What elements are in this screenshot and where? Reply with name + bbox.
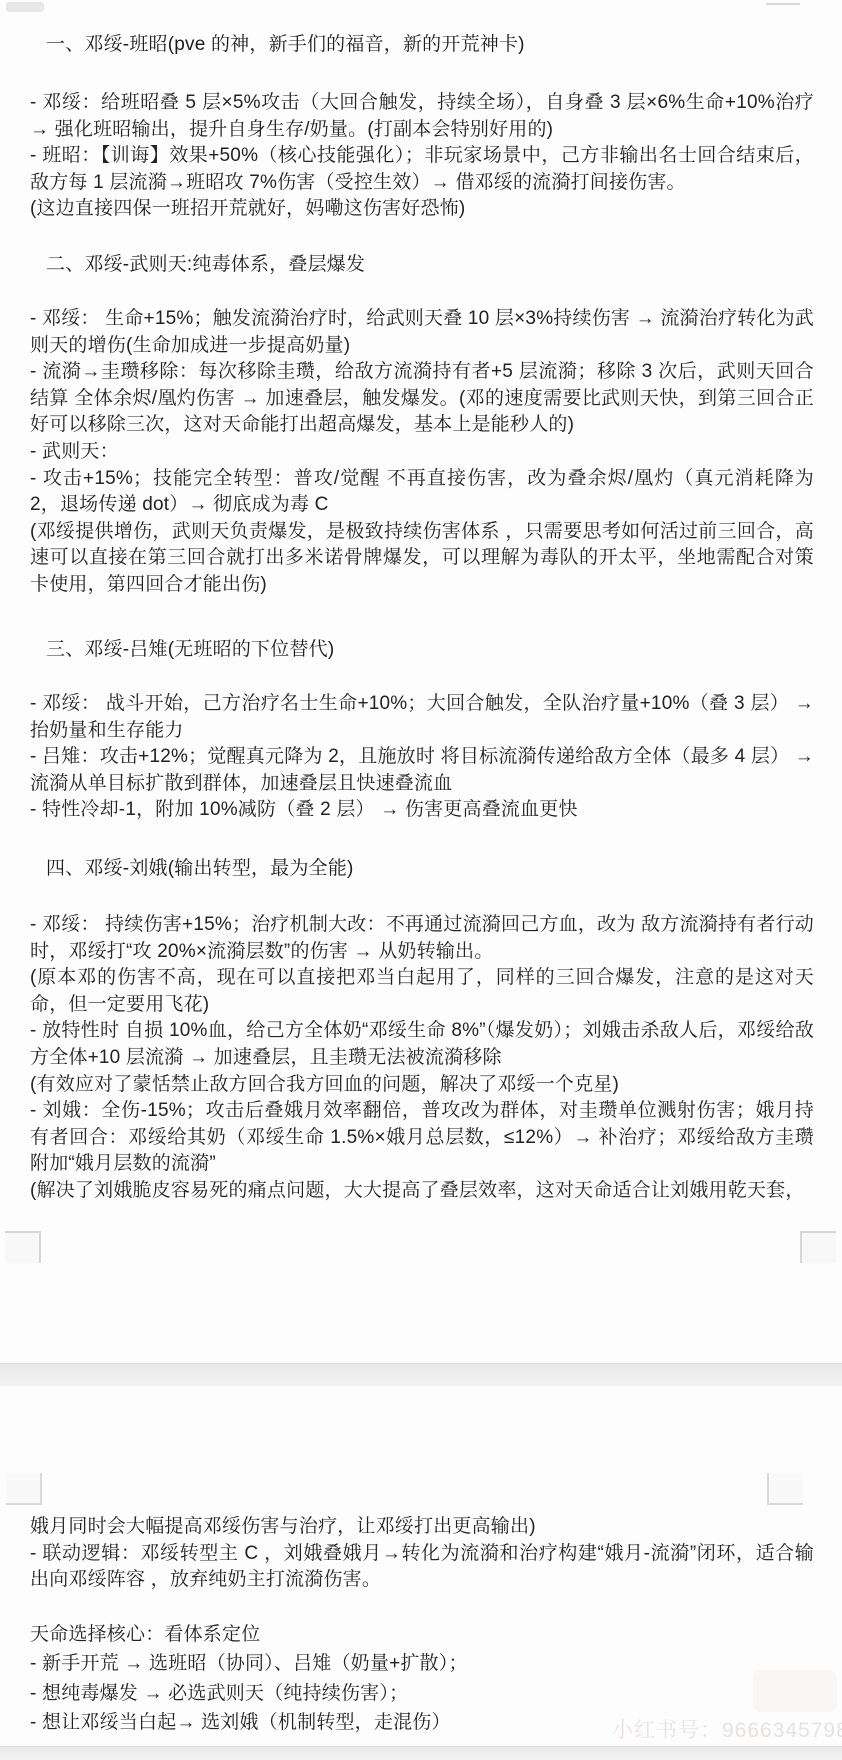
paragraph: - 班昭：【训诲】效果+50%（核心技能强化）；非玩家场景中，己方非输出名士回合… [30, 143, 814, 196]
paragraph: - 流漪→圭瓒移除：每次移除圭瓒，给敌方流漪持有者+5 层流漪；移除 3 次后，… [30, 359, 814, 439]
section-2-title: 二、邓绥-武则天:纯毒体系，叠层爆发 [46, 251, 806, 278]
conclusion-title: 天命选择核心：看体系定位 [30, 1620, 814, 1649]
section-2-paragraphs: - 邓绥： 生命+15%；触发流漪治疗时，给武则天叠 10 层×3%持续伤害 →… [30, 306, 814, 599]
page1-bottom-right-corner-mark [800, 1231, 836, 1263]
page2-paragraphs: 娥月同时会大幅提高邓绥伤害与治疗，让邓绥打出更高输出) - 联动逻辑：邓绥转型主… [30, 1514, 814, 1594]
page-break-band [0, 1363, 842, 1387]
section-1-title: 一、邓绥-班昭(pve 的神，新手们的福音，新的开荒神卡) [46, 31, 806, 58]
watermark-badge [753, 1670, 837, 1712]
paragraph: - 放特性时 自损 10%血，给己方全体奶“邓绥生命 8%”（爆发奶）；刘娥击杀… [30, 1018, 814, 1071]
document-page-1: 一、邓绥-班昭(pve 的神，新手们的福音，新的开荒神卡) - 邓绥：给班昭叠 … [0, 0, 842, 1363]
document-viewer: 一、邓绥-班昭(pve 的神，新手们的福音，新的开荒神卡) - 邓绥：给班昭叠 … [0, 0, 842, 1760]
page-top-left-mark [6, 2, 44, 12]
paragraph: 娥月同时会大幅提高邓绥伤害与治疗，让邓绥打出更高输出) [30, 1514, 814, 1541]
conclusion-item: - 新手开荒 → 选班昭（协同）、吕雉（奶量+扩散）； [30, 1649, 814, 1678]
paragraph: (有效应对了蒙恬禁止敌方回合我方回血的问题，解决了邓绥一个克星) [30, 1072, 814, 1099]
section-4-title: 四、邓绥-刘娥(输出转型，最为全能) [46, 855, 806, 882]
section-1-paragraphs: - 邓绥：给班昭叠 5 层×5%攻击（大回合触发，持续全场），自身叠 3 层×6… [30, 90, 814, 223]
paragraph: - 攻击+15%；技能完全转型：普攻/觉醒 不再直接伤害，改为叠余烬/凰灼（真元… [30, 466, 814, 519]
page2-top-right-corner-mark [767, 1473, 803, 1505]
paragraph: - 武则天： [30, 439, 814, 466]
paragraph: - 邓绥：给班昭叠 5 层×5%攻击（大回合触发，持续全场），自身叠 3 层×6… [30, 90, 814, 143]
page1-bottom-left-corner-mark [5, 1231, 41, 1263]
page-top-right-mark [766, 3, 800, 5]
paragraph: (邓绥提供增伤，武则天负责爆发，是极致持续伤害体系 ，只需要思考如何活过前三回合… [30, 519, 814, 599]
section-3-title: 三、邓绥-吕雉(无班昭的下位替代) [46, 636, 806, 663]
paragraph: (原本邓的伤害不高，现在可以直接把邓当白起用了，同样的三回合爆发，注意的是这对天… [30, 965, 814, 1018]
document-page-2: 娥月同时会大幅提高邓绥伤害与治疗，让邓绥打出更高输出) - 联动逻辑：邓绥转型主… [0, 1386, 842, 1746]
paragraph: - 吕雉：攻击+12%；觉醒真元降为 2，且施放时 将目标流漪传递给敌方全体（最… [30, 744, 814, 797]
paragraph: (这边直接四保一班招开荒就好，妈嘞这伤害好恐怖) [30, 196, 814, 223]
watermark-text: 小红书号：96663457988 [612, 1714, 832, 1744]
bottom-page-edge-band [0, 1746, 842, 1760]
paragraph: - 刘娥：全伤-15%；攻击后叠娥月效率翻倍，普攻改为群体，对圭瓒单位溅射伤害；… [30, 1098, 814, 1178]
section-4-paragraphs: - 邓绥： 持续伤害+15%；治疗机制大改：不再通过流漪回己方血，改为 敌方流漪… [30, 912, 814, 1205]
paragraph: - 邓绥： 持续伤害+15%；治疗机制大改：不再通过流漪回己方血，改为 敌方流漪… [30, 912, 814, 965]
section-3-paragraphs: - 邓绥： 战斗开始，己方治疗名士生命+10%；大回合触发，全队治疗量+10%（… [30, 691, 814, 824]
conclusion-item: - 想纯毒爆发 → 必选武则天（纯持续伤害）； [30, 1679, 814, 1708]
paragraph: - 特性冷却-1，附加 10%减防（叠 2 层） → 伤害更高叠流血更快 [30, 797, 814, 824]
paragraph: - 邓绥： 生命+15%；触发流漪治疗时，给武则天叠 10 层×3%持续伤害 →… [30, 306, 814, 359]
page2-top-left-corner-mark [6, 1473, 42, 1505]
paragraph: - 联动逻辑：邓绥转型主 C ，刘娥叠娥月→转化为流漪和治疗构建“娥月-流漪”闭… [30, 1541, 814, 1594]
paragraph: (解决了刘娥脆皮容易死的痛点问题，大大提高了叠层效率，这对天命适合让刘娥用乾天套… [30, 1178, 814, 1205]
paragraph: - 邓绥： 战斗开始，己方治疗名士生命+10%；大回合触发，全队治疗量+10%（… [30, 691, 814, 744]
